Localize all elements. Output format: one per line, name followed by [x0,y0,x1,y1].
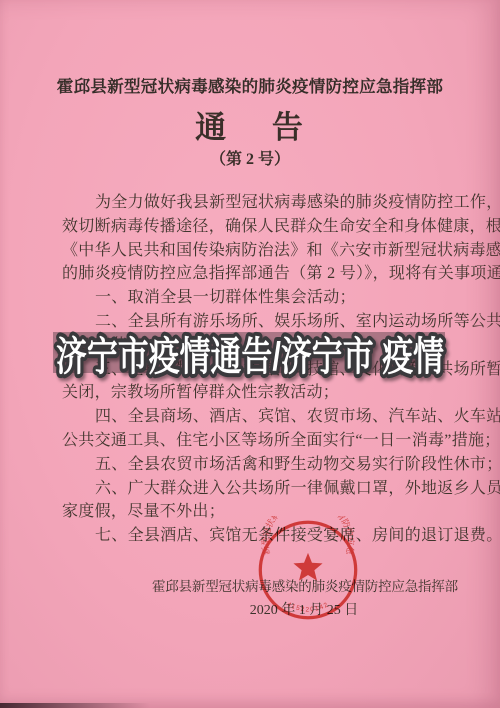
body-line: 为全力做好我县新型冠状病毒感染的肺炎疫情防控工作，有 [62,191,439,215]
photo-edge-shadow [0,703,150,708]
body-line: 公共交通工具、住宅小区等场所全面实行“一日一消毒”措施； [62,429,439,453]
body-line: 效切断病毒传播途径，确保人民群众生命安全和身体健康，根据 [62,215,439,239]
svg-text:415220142: 415220142 [286,601,331,613]
body-line-item-1: 一、取消全县一切群体性集会活动； [62,286,439,310]
body-line: 的肺炎疫情防控应急指挥部通告（第 2 号）》，现将有关事项通告如下： [62,262,439,286]
body-line-item-5: 五、全县农贸市场活禽和野生动物交易实行阶段性休市； [62,453,439,477]
notice-paper: 霍邱县新型冠状病毒感染的肺炎疫情防控应急指挥部 通 告 （第 2 号） 为全力做… [0,0,500,708]
issue-number: （第 2 号） [0,146,500,169]
notice-photo: 霍邱县新型冠状病毒感染的肺炎疫情防控应急指挥部 通 告 （第 2 号） 为全力做… [0,0,500,708]
caption-overlay: 济宁市疫情通告/济宁市 疫情 [40,322,460,388]
body-line-item-6: 六、广大群众进入公共场所一律佩戴口罩，外地返乡人员居 [62,477,439,501]
body-line-item-7: 七、全县酒店、宾馆无条件接受宴席、房间的退订退费。 [62,524,439,548]
body-line: 家度假，尽量不外出； [62,500,439,524]
seal-code: 415220142 [286,601,331,613]
body-line-item-4: 四、全县商场、酒店、宾馆、农贸市场、汽车站、火车站、 [62,405,439,429]
caption-text: 济宁市疫情通告/济宁市 疫情 [56,335,444,379]
official-seal: 霍邱县新型冠状病毒感染的肺炎疫情防控应急指挥部 415220142 [254,516,362,624]
notice-title: 通 告 [0,102,500,147]
seal-star-icon [293,553,322,581]
issuer-header: 霍邱县新型冠状病毒感染的肺炎疫情防控应急指挥部 [0,73,500,97]
body-line: 《中华人民共和国传染病防治法》和《六安市新型冠状病毒感染 [62,239,439,263]
